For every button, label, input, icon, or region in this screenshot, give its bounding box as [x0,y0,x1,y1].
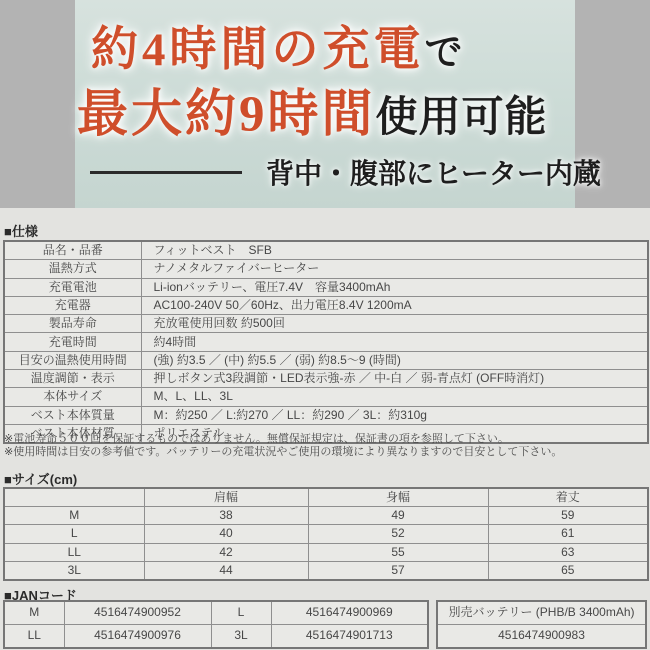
table-cell: 品名・品番 [4,241,141,260]
table-row: 充電電池Li-ionバッテリー、電圧7.4V 容量3400mAh [4,278,648,296]
table-cell: 44 [144,561,308,580]
table-row: 充電時間約4時間 [4,333,648,351]
spec-note-2: ※使用時間は目安の参考値です。バッテリーの充電状況やご使用の環境により異なります… [4,446,648,459]
table-cell: AC100-240V 50／60Hz、出力電圧8.4V 1200mA [141,296,648,314]
table-row: 別売バッテリー (PHB/B 3400mAh) [437,601,646,625]
promo-banner: 約4時間の充電で 最大約9時間使用可能 背中・腹部にヒーター内蔵 [75,0,575,208]
table-cell: 38 [144,507,308,525]
table-cell: 3L [4,561,144,580]
table-row: LL425563 [4,543,648,561]
table-cell: 55 [308,543,488,561]
battery-label-cell: 別売バッテリー (PHB/B 3400mAh) [437,601,646,625]
table-cell: ナノメタルファイバーヒーター [141,260,648,278]
table-cell: (強) 約3.5 ／ (中) 約5.5 ／ (弱) 約8.5～9 (時間) [141,351,648,369]
banner-line2-accent-text: 最大約9時間 [77,87,376,143]
spec-section-heading: ■仕様 [4,221,38,240]
table-cell: 49 [308,507,488,525]
table-cell: 3L [211,625,271,649]
table-row: ベスト本体質量M：約250 ／ L:約270 ／ LL：約290 ／ 3L：約3… [4,406,648,424]
banner-subtitle-row: 背中・腹部にヒーター内蔵 [75,152,575,196]
spec-note-1: ※電池寿命５００回を保証するものではありません。無償保証規定は、保証書の項を参照… [4,433,648,446]
table-row: 目安の温熱使用時間(強) 約3.5 ／ (中) 約5.5 ／ (弱) 約8.5～… [4,351,648,369]
table-cell: M：約250 ／ L:約270 ／ LL：約290 ／ 3L：約310g [141,406,648,424]
table-row: LL45164749009763L4516474901713 [4,625,428,649]
top-gray-strip: 約4時間の充電で 最大約9時間使用可能 背中・腹部にヒーター内蔵 [0,0,650,208]
table-row: 4516474900983 [437,625,646,649]
table-cell: 40 [144,525,308,543]
battery-code-cell: 4516474900983 [437,625,646,649]
banner-subtitle: 背中・腹部にヒーター内蔵 [266,152,601,192]
table-cell: 4516474900969 [271,601,428,625]
table-cell: 温熱方式 [4,260,141,278]
table-cell: 65 [488,561,648,580]
table-cell: 61 [488,525,648,543]
table-cell: 温度調節・表示 [4,370,141,388]
table-cell: 52 [308,525,488,543]
table-cell: 製品寿命 [4,315,141,333]
table-cell: M、L、LL、3L [141,388,648,406]
table-cell: 42 [144,543,308,561]
table-cell: 充電器 [4,296,141,314]
table-row: 温度調節・表示押しボタン式3段調節・LED表示強-赤 ／ 中-白 ／ 弱-青点灯… [4,370,648,388]
table-cell: 57 [308,561,488,580]
jan-code-table: M4516474900952L4516474900969LL4516474900… [3,600,429,649]
table-cell: 目安の温熱使用時間 [4,351,141,369]
table-cell: LL [4,543,144,561]
table-row: M4516474900952L4516474900969 [4,601,428,625]
banner-line1-dark-text: で [425,32,465,74]
size-section-heading: ■サイズ(cm) [4,469,77,488]
table-cell: 63 [488,543,648,561]
banner-line2-dark-text: 使用可能 [376,95,548,141]
horizontal-rule [90,171,242,174]
table-row: 品名・品番フィットベスト SFB [4,241,648,260]
table-cell: 押しボタン式3段調節・LED表示強-赤 ／ 中-白 ／ 弱-青点灯 (OFF時消… [141,370,648,388]
banner-line-1: 約4時間の充電で [91,12,465,79]
table-cell: M [4,601,64,625]
table-cell: 4516474901713 [271,625,428,649]
table-cell: M [4,507,144,525]
spec-table: 品名・品番フィットベスト SFB温熱方式ナノメタルファイバーヒーター充電電池Li… [3,240,649,444]
table-row: 肩幅身幅着丈 [4,488,648,507]
table-row: 温熱方式ナノメタルファイバーヒーター [4,260,648,278]
table-cell: 着丈 [488,488,648,507]
table-cell: 59 [488,507,648,525]
table-cell: 約4時間 [141,333,648,351]
table-row: 3L445765 [4,561,648,580]
table-cell: 充電時間 [4,333,141,351]
table-cell: L [4,525,144,543]
table-cell: フィットベスト SFB [141,241,648,260]
table-cell [4,488,144,507]
table-cell: Li-ionバッテリー、電圧7.4V 容量3400mAh [141,278,648,296]
table-cell: 充放電使用回数 約500回 [141,315,648,333]
table-cell: 肩幅 [144,488,308,507]
table-row: 充電器AC100-240V 50／60Hz、出力電圧8.4V 1200mA [4,296,648,314]
banner-line1-accent-text: 約4時間の充電 [91,24,425,76]
table-cell: 本体サイズ [4,388,141,406]
table-cell: 4516474900976 [64,625,211,649]
table-row: L405261 [4,525,648,543]
spec-notes: ※電池寿命５００回を保証するものではありません。無償保証規定は、保証書の項を参照… [4,433,648,459]
table-cell: ベスト本体質量 [4,406,141,424]
table-cell: L [211,601,271,625]
table-row: M384959 [4,507,648,525]
table-row: 本体サイズM、L、LL、3L [4,388,648,406]
battery-jan-table: 別売バッテリー (PHB/B 3400mAh) 4516474900983 [436,600,647,649]
table-cell: 4516474900952 [64,601,211,625]
banner-line-2: 最大約9時間使用可能 [77,72,548,146]
table-cell: 身幅 [308,488,488,507]
table-cell: 充電電池 [4,278,141,296]
table-row: 製品寿命充放電使用回数 約500回 [4,315,648,333]
size-table: 肩幅身幅着丈 M384959L405261LL4255633L445765 [3,487,649,581]
table-cell: LL [4,625,64,649]
